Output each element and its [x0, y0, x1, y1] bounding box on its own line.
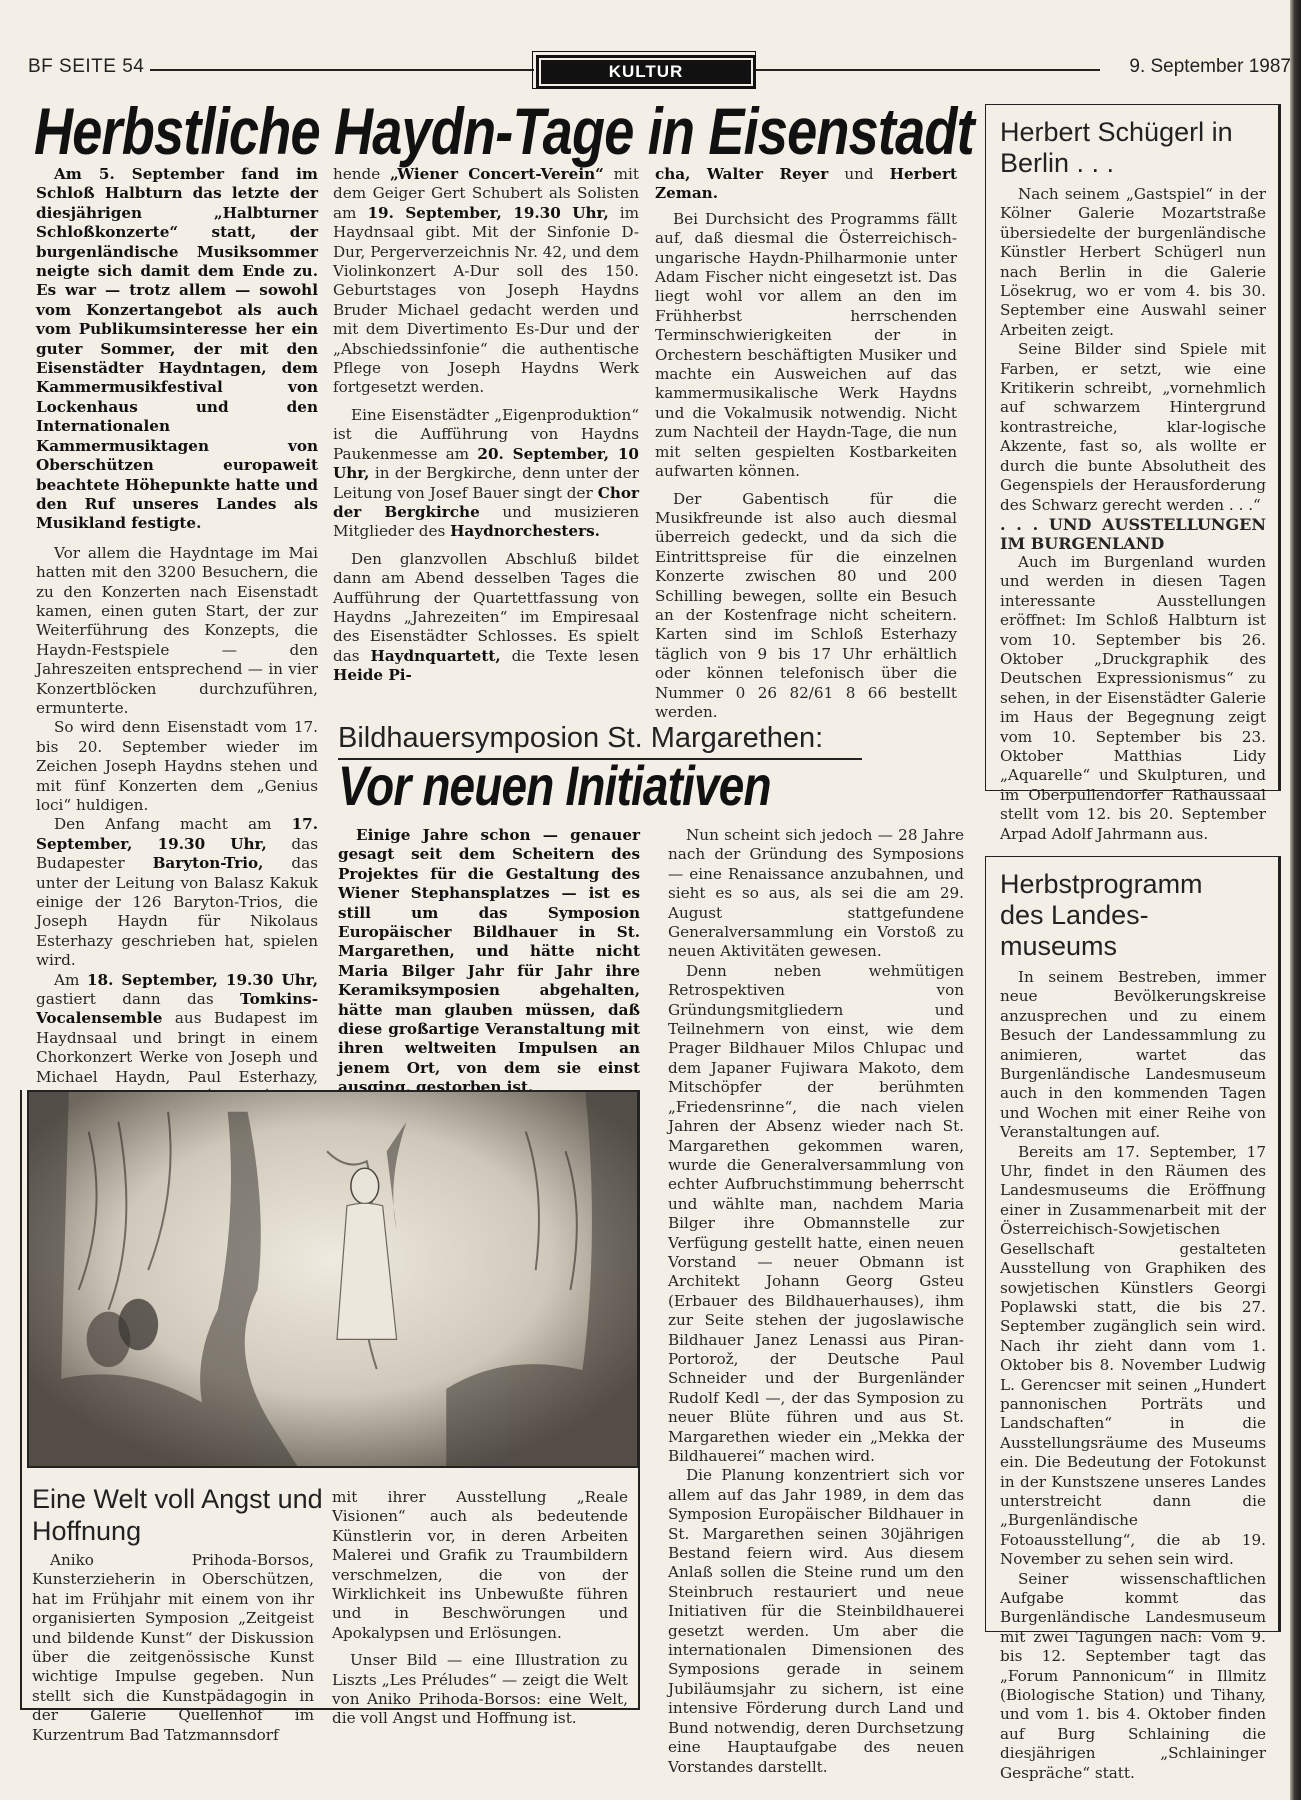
paragraph: Nach seinem „Gastspiel“ in der Kölner Ga… — [1000, 185, 1266, 340]
sidebar-body: Nach seinem „Gastspiel“ in der Kölner Ga… — [1000, 185, 1266, 844]
paragraph: mit ihrer Ausstellung „Reale Visionen“ a… — [332, 1488, 628, 1643]
sidebar-title: Herbstprogramm des Landes-museums — [1000, 869, 1230, 962]
article-haydn-column-3: cha, Walter Reyer und Herbert Zeman. Bei… — [655, 165, 957, 722]
paragraph: Der Gabentisch für die Musikfreunde ist … — [655, 490, 957, 723]
paragraph: Seine Bilder sind Spiele mit Farben, er … — [1000, 340, 1266, 515]
article-initiativen-column-1: Einige Jahre schon — genauer gesagt seit… — [338, 826, 640, 1098]
paragraph: Denn neben wehmütigen Retrospektiven von… — [668, 962, 964, 1467]
photo-feature-title: Eine Welt voll Angst und Hoffnung — [32, 1483, 324, 1547]
sidebar-subhead: . . . UND AUSSTELLUNGEN IM BURGENLAND — [1000, 515, 1266, 553]
paragraph: Vor allem die Haydntage im Mai hatten mi… — [36, 544, 318, 719]
paragraph: Seiner wissenschaftlichen Aufgabe kommt … — [1000, 1570, 1266, 1783]
paragraph: Die Planung konzentriert sich vor allem … — [668, 1466, 964, 1777]
issue-date: 9. September 1987 — [1129, 56, 1291, 78]
paragraph: Bereits am 17. September, 17 Uhr, findet… — [1000, 1143, 1266, 1570]
paragraph: Nun scheint sich jedoch — 28 Jahre nach … — [668, 826, 964, 962]
article-headline-haydn: Herbstliche Haydn-Tage in Eisenstadt — [34, 98, 974, 164]
section-rubric: KULTUR — [536, 55, 756, 89]
article-haydn-column-1: Am 5. September fand im Schloß Halbturn … — [36, 165, 318, 1223]
article-initiativen-column-2: Nun scheint sich jedoch — 28 Jahre nach … — [668, 826, 964, 1777]
photo-caption: Unser Bild — eine Illustration zu Liszts… — [332, 1651, 628, 1729]
article-lead: Einige Jahre schon — genauer gesagt seit… — [338, 826, 640, 1098]
illustration-drawing-icon — [29, 1092, 637, 1466]
sidebar-box-landesmuseum: Herbstprogramm des Landes-museums In sei… — [985, 856, 1281, 1632]
header-rule-right — [756, 69, 1100, 71]
page-label: BF SEITE 54 — [28, 56, 144, 78]
sidebar-box-schuegerl: Herbert Schügerl in Berlin . . . Nach se… — [985, 104, 1281, 791]
photo-feature-column-1: Aniko Prihoda-Borsos, Kunsterzieherin in… — [32, 1551, 314, 1745]
paragraph: cha, Walter Reyer und Herbert Zeman. — [655, 165, 957, 204]
paragraph: Aniko Prihoda-Borsos, Kunsterzieherin in… — [32, 1551, 314, 1745]
paragraph: Auch im Burgenland wurden und werden in … — [1000, 553, 1266, 844]
paragraph: Eine Eisenstädter „Eigenproduktion“ ist … — [333, 406, 639, 542]
paragraph: Den glanzvollen Abschluß bildet dann am … — [333, 550, 639, 686]
paragraph: So wird denn Eisenstadt vom 17. bis 20. … — [36, 718, 318, 815]
article-headline-initiativen: Vor neuen Initiativen — [338, 758, 771, 814]
article-lead: Am 5. September fand im Schloß Halbturn … — [36, 165, 318, 534]
paragraph: Bei Durchsicht des Programms fällt auf, … — [655, 210, 957, 482]
header-rule-left — [150, 69, 534, 71]
paragraph: In seinem Bestreben, immer neue Bevölker… — [1000, 968, 1266, 1143]
sidebar-title: Herbert Schügerl in Berlin . . . — [1000, 117, 1266, 179]
paragraph: hende „Wiener Concert-Verein“ mit dem Ge… — [333, 165, 639, 398]
illustration-image — [27, 1090, 639, 1468]
article-haydn-column-2: hende „Wiener Concert-Verein“ mit dem Ge… — [333, 165, 639, 686]
sidebar-body: In seinem Bestreben, immer neue Bevölker… — [1000, 968, 1266, 1783]
photo-feature-column-2: mit ihrer Ausstellung „Reale Visionen“ a… — [332, 1488, 628, 1729]
page-binding-edge — [1290, 0, 1301, 1800]
paragraph: Den Anfang macht am 17. September, 19.30… — [36, 815, 318, 970]
